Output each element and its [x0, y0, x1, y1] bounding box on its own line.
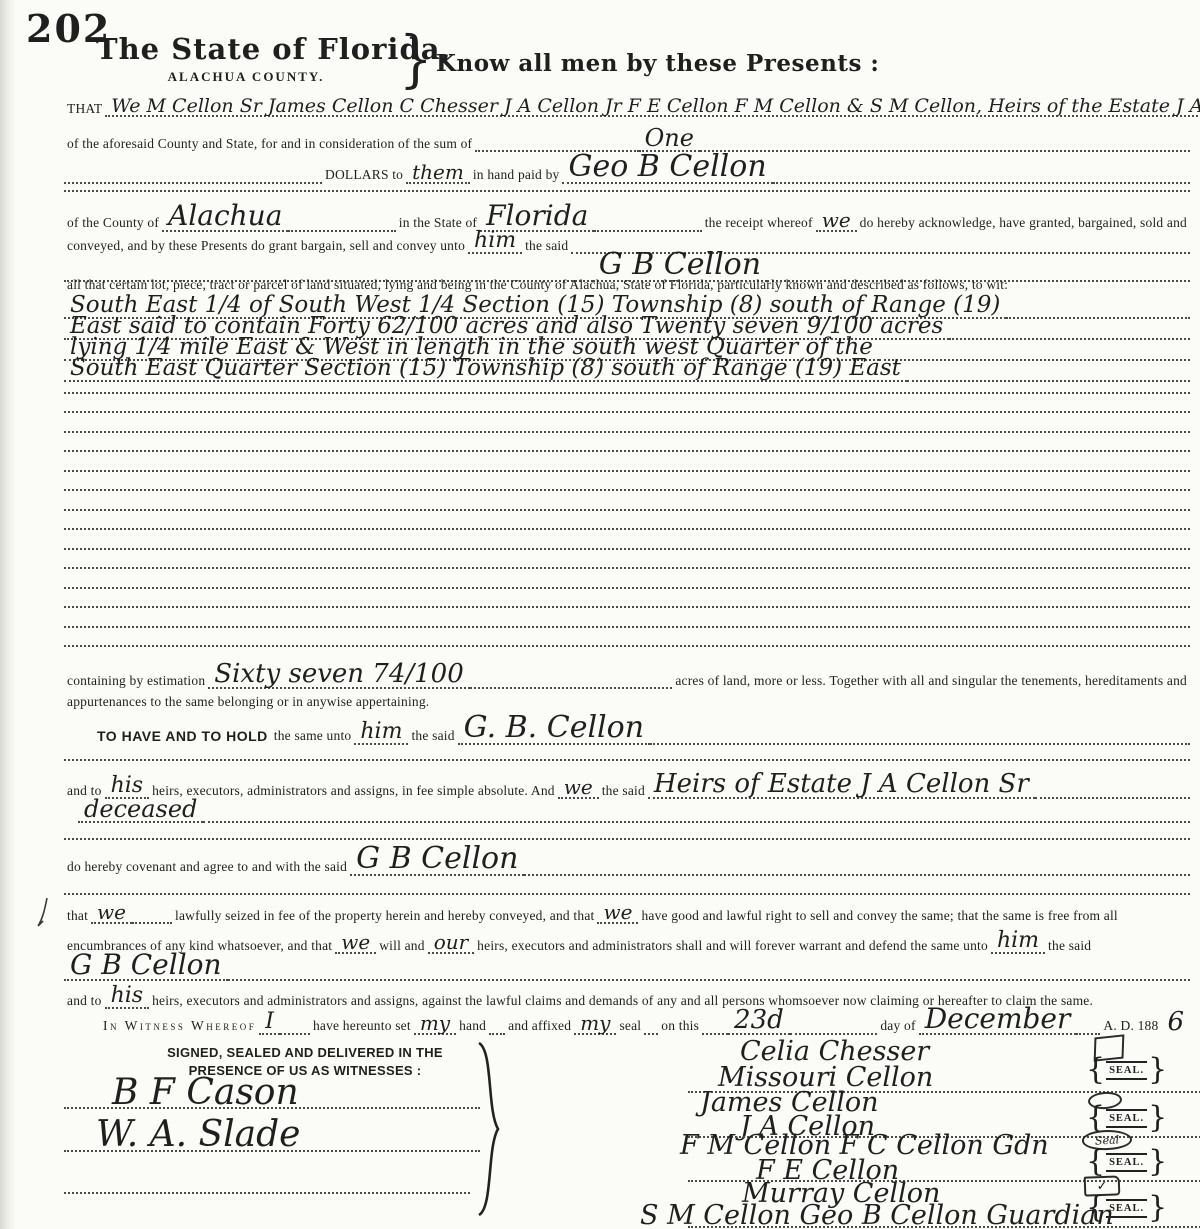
seized-that-label: that: [64, 908, 91, 924]
witness-clause-line: In Witness Whereof I have hereunto set m…: [64, 1006, 1190, 1035]
blank-rule: [64, 606, 1190, 608]
blank-rule: [64, 567, 1190, 569]
blank-rule: [64, 587, 1190, 589]
stamp-brace-left: {: [1086, 1106, 1105, 1130]
seized-text1: lawfully seized in fee of the property h…: [172, 908, 597, 924]
estimation-line: containing by estimation Sixty seven 74/…: [64, 662, 1190, 689]
blank-rule: [64, 626, 1190, 628]
dollars-line: DOLLARS to them in hand paid by Geo B Ce…: [64, 153, 1190, 184]
witness-rule: [64, 1107, 480, 1109]
witness-rule: [64, 1192, 470, 1194]
rule-filler: [64, 179, 322, 184]
description-line-4: South East Quarter Section (15) Township…: [64, 358, 1190, 382]
witness-signature-slade: W. A. Slade: [96, 1114, 300, 1155]
seal-stamp: { SEAL. }: [1086, 1058, 1167, 1082]
affixed-text: and affixed: [505, 1018, 574, 1034]
header-left-block: The State of Florida, ALACHUA COUNTY.: [96, 32, 396, 85]
state-label: in the State of: [396, 215, 480, 231]
seal-stamp: { SEAL. }: [1086, 1150, 1167, 1174]
stamp-brace-left: {: [1086, 1058, 1105, 1082]
rule-filler: [650, 740, 1190, 745]
rule-filler: [1076, 1030, 1100, 1035]
warrant-grantee-handwriting: G B Cellon: [64, 952, 228, 981]
heirs-text: heirs, executors, administrators and ass…: [149, 783, 558, 799]
stamp-seal-text: SEAL.: [1106, 1199, 1147, 1218]
rule-filler: [524, 871, 1190, 876]
habendum-text: the same unto: [271, 728, 355, 744]
deceased-line: deceased: [64, 798, 1190, 823]
parcel-text: all that certain lot, piece, tract or pa…: [64, 277, 1011, 293]
blank-rule: [64, 411, 1190, 413]
stamp-brace-left: {: [1086, 1196, 1105, 1220]
seal-text: seal: [616, 1018, 644, 1034]
rule-filler: [470, 684, 673, 689]
deceased-handwriting: deceased: [78, 798, 203, 823]
appurtenances-text: appurtenances to the same belonging or i…: [64, 694, 432, 710]
margin-check-mark: [34, 896, 52, 935]
header-county-title: ALACHUA COUNTY.: [96, 69, 396, 85]
rule-filler: [702, 1030, 728, 1035]
rule-filler: [773, 179, 1190, 184]
my-seal-handwriting: my: [574, 1014, 616, 1035]
scan-left-edge: [0, 0, 16, 1229]
header-brace: }: [399, 28, 433, 90]
enc-we-handwriting: we: [335, 933, 376, 954]
rule-filler: [489, 1030, 505, 1035]
blank-rule: [64, 450, 1190, 452]
acres-text: acres of land, more or less. Together wi…: [672, 673, 1190, 689]
in-hand-label: in hand paid by: [470, 167, 563, 183]
blank-rule: [64, 190, 1190, 192]
signature-rule: [688, 1226, 1200, 1228]
appurtenances-line: appurtenances to the same belonging or i…: [64, 694, 1190, 710]
header-state-title: The State of Florida,: [96, 32, 396, 66]
rule-filler: [907, 377, 1190, 382]
paid-to-handwriting: them: [406, 163, 470, 184]
blank-rule: [64, 470, 1190, 472]
stamp-brace-right: }: [1148, 1150, 1167, 1174]
rule-filler: [203, 818, 1190, 823]
heirs-said-label: the said: [599, 783, 648, 799]
aforesaid-text: of the aforesaid County and State, for a…: [64, 136, 475, 152]
heirs-we-handwriting: we: [558, 778, 599, 799]
stamp-brace-right: }: [1148, 1106, 1167, 1130]
habendum-line: TO HAVE AND TO HOLD the same unto him th…: [64, 714, 1190, 745]
hand-text: hand: [456, 1018, 489, 1034]
witness-who-handwriting: I: [259, 1012, 280, 1035]
habendum-label: TO HAVE AND TO HOLD: [94, 728, 271, 745]
dollars-label: DOLLARS to: [322, 167, 406, 183]
habendum-said-label: the said: [408, 728, 457, 744]
county-handwriting: Alachua: [162, 203, 288, 232]
receipt-label: the receipt whereof: [702, 215, 816, 231]
warrant-grantee-line: G B Cellon: [64, 952, 1190, 981]
stamp-brace-left: {: [1086, 1150, 1105, 1174]
rule-filler: [228, 976, 1190, 981]
stamp-seal-text: SEAL.: [1106, 1153, 1147, 1172]
rule-filler: [280, 1030, 310, 1035]
stamp-brace-right: }: [1148, 1196, 1167, 1220]
rule-filler: [644, 1030, 658, 1035]
seized-we2-handwriting: we: [597, 903, 638, 924]
rule-filler: [132, 919, 172, 924]
my-hand-handwriting: my: [414, 1014, 456, 1035]
day-handwriting: 23d: [728, 1008, 790, 1035]
year-handwriting: 6: [1161, 1010, 1190, 1035]
habendum-unto-handwriting: him: [354, 722, 408, 745]
on-this-text: on this: [658, 1018, 702, 1034]
acknowledge-text: do hereby acknowledge, have granted, bar…: [857, 215, 1190, 231]
stamp-seal-text: SEAL.: [1106, 1109, 1147, 1128]
description-handwriting: South East Quarter Section (15) Township…: [64, 358, 907, 382]
that-label: THAT: [64, 101, 105, 117]
blank-rule: [64, 759, 1190, 761]
county-state-line: of the County of Alachua in the State of…: [64, 203, 1190, 232]
seized-text2: have good and lawful right to sell and c…: [638, 908, 1120, 924]
rule-filler: [790, 1030, 878, 1035]
parcel-clause-line: all that certain lot, piece, tract or pa…: [64, 277, 1190, 293]
receipt-handwriting: we: [816, 211, 857, 232]
blank-rule: [64, 528, 1190, 530]
month-handwriting: December: [919, 1006, 1077, 1035]
stamp-seal-text: SEAL.: [1106, 1061, 1147, 1080]
blank-rule: [64, 489, 1190, 491]
estimation-handwriting: Sixty seven 74/100: [208, 662, 469, 689]
covenant-text: do hereby covenant and agree to and with…: [64, 859, 350, 875]
heirs-estate-handwriting: Heirs of Estate J A Cellon Sr: [648, 772, 1035, 799]
ad-text: A. D. 188: [1100, 1018, 1161, 1034]
blank-rule: [64, 838, 1190, 840]
blank-rule: [64, 431, 1190, 433]
grantors-handwriting: We M Cellon Sr James Cellon C Chesser J …: [105, 97, 1200, 117]
witness-heading-line1: SIGNED, SEALED AND DELIVERED IN THE: [130, 1044, 480, 1062]
rule-filler: [700, 147, 1190, 152]
signature-s-m-cellon-guardian: S M Cellon Geo B Cellon Guardian: [640, 1200, 1114, 1229]
seal-stamp: { SEAL. }: [1086, 1196, 1167, 1220]
grantors-line: THAT We M Cellon Sr James Cellon C Chess…: [64, 97, 1190, 117]
seal-stamp: { SEAL. }: [1086, 1106, 1167, 1130]
blank-rule: [64, 509, 1190, 511]
county-label: of the County of: [64, 215, 162, 231]
document-title: Know all men by these Presents :: [436, 50, 879, 77]
enc-our-handwriting: our: [428, 933, 474, 954]
enc-him-handwriting: him: [991, 931, 1045, 954]
deed-document-page: { "page_number": "202", "header": { "sta…: [0, 0, 1200, 1229]
heirs-line: and to his heirs, executors, administrat…: [64, 772, 1190, 799]
blank-rule: [64, 645, 1190, 647]
set-text: have hereunto set: [310, 1018, 414, 1034]
in-witness-label: In Witness Whereof: [100, 1018, 259, 1034]
habendum-grantee-handwriting: G. B. Cellon: [458, 714, 650, 745]
witness-brace: [474, 1040, 502, 1223]
day-of-text: day of: [877, 1018, 918, 1034]
paid-by-handwriting: Geo B Cellon: [562, 153, 772, 184]
covenant-line: do hereby covenant and agree to and with…: [64, 845, 1190, 876]
blank-rule: [64, 548, 1190, 550]
seized-we1-handwriting: we: [91, 903, 132, 924]
blank-rule: [64, 893, 1190, 895]
witness-rule: [64, 1150, 480, 1152]
stamp-brace-right: }: [1148, 1058, 1167, 1082]
estimation-label: containing by estimation: [64, 673, 208, 689]
encumbrances-line: encumbrances of any kind whatsoever, and…: [64, 931, 1190, 954]
blank-rule: [64, 392, 1190, 394]
covenant-grantee-handwriting: G B Cellon: [350, 845, 524, 876]
seized-line: that we lawfully seized in fee of the pr…: [64, 903, 1190, 924]
